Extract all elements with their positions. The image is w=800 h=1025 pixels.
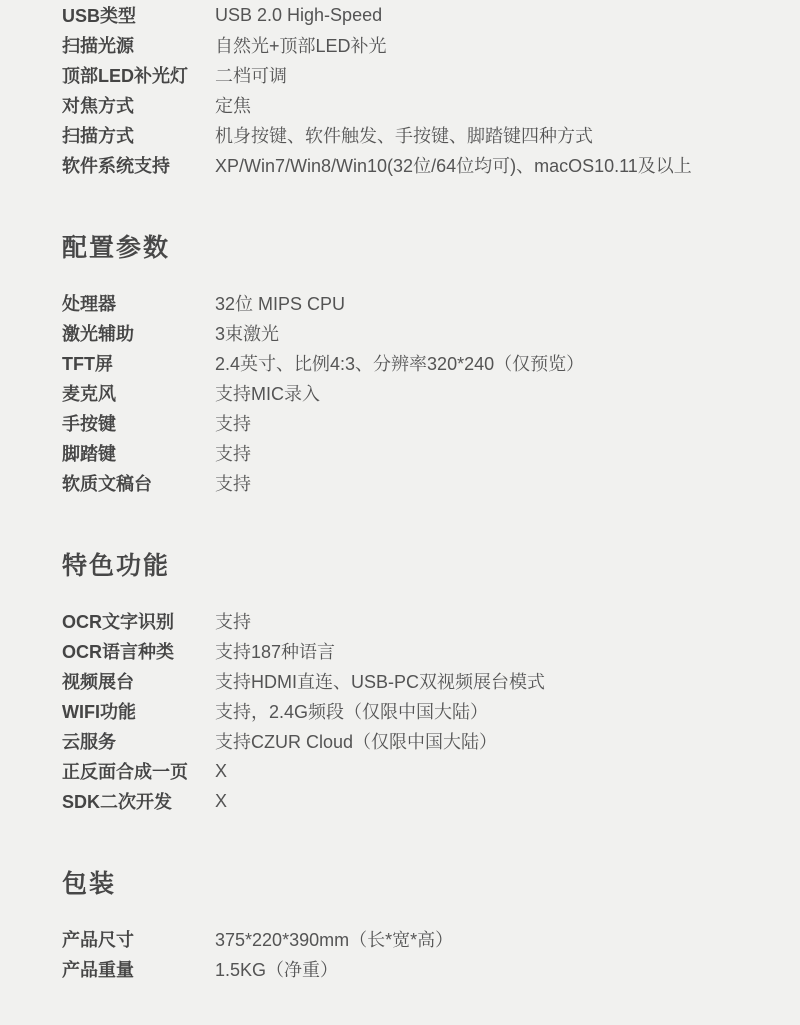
- spec-label: 脚踏键: [62, 440, 215, 466]
- product-spec-page: USB类型 USB 2.0 High-Speed 扫描光源 自然光+顶部LED补…: [0, 0, 800, 984]
- spec-section-basic: USB类型 USB 2.0 High-Speed 扫描光源 自然光+顶部LED补…: [62, 0, 770, 180]
- spec-value: 支持MIC录入: [215, 380, 320, 406]
- spec-label: OCR文字识别: [62, 608, 215, 634]
- spec-value: 机身按键、软件触发、手按键、脚踏键四种方式: [215, 122, 593, 148]
- spec-section-packaging: 包装 产品尺寸 375*220*390mm（长*宽*高） 产品重量 1.5KG（…: [62, 866, 770, 984]
- spec-label: 手按键: [62, 410, 215, 436]
- spec-value: 3束激光: [215, 320, 279, 346]
- spec-label: 正反面合成一页: [62, 758, 215, 784]
- spec-section-features: 特色功能 OCR文字识别 支持 OCR语言种类 支持187种语言 视频展台 支持…: [62, 548, 770, 816]
- spec-label: 扫描方式: [62, 122, 215, 148]
- table-row: 对焦方式 定焦: [62, 90, 770, 120]
- table-row: 脚踏键 支持: [62, 438, 770, 468]
- section-heading: 配置参数: [62, 230, 770, 266]
- spec-rows: USB类型 USB 2.0 High-Speed 扫描光源 自然光+顶部LED补…: [62, 0, 770, 180]
- spec-label: 视频展台: [62, 668, 215, 694]
- spec-label: 软件系统支持: [62, 152, 215, 178]
- spec-label: 产品尺寸: [62, 926, 215, 952]
- spec-value: 支持: [215, 608, 251, 634]
- spec-value: 支持187种语言: [215, 638, 335, 664]
- section-heading: 特色功能: [62, 548, 770, 584]
- table-row: TFT屏 2.4英寸、比例4:3、分辨率320*240（仅预览）: [62, 348, 770, 378]
- spec-label: 云服务: [62, 728, 215, 754]
- spec-label: 激光辅助: [62, 320, 215, 346]
- table-row: 激光辅助 3束激光: [62, 318, 770, 348]
- spec-value: 支持: [215, 410, 251, 436]
- spec-label: 麦克风: [62, 380, 215, 406]
- table-row: SDK二次开发 X: [62, 786, 770, 816]
- spec-label: 软质文稿台: [62, 470, 215, 496]
- spec-value: 二档可调: [215, 62, 287, 88]
- section-heading: 包装: [62, 866, 770, 902]
- spec-rows: OCR文字识别 支持 OCR语言种类 支持187种语言 视频展台 支持HDMI直…: [62, 606, 770, 816]
- table-row: 云服务 支持CZUR Cloud（仅限中国大陆）: [62, 726, 770, 756]
- spec-label: TFT屏: [62, 350, 215, 376]
- table-row: 软件系统支持 XP/Win7/Win8/Win10(32位/64位均可)、mac…: [62, 150, 770, 180]
- spec-label: 对焦方式: [62, 92, 215, 118]
- spec-rows: 产品尺寸 375*220*390mm（长*宽*高） 产品重量 1.5KG（净重）: [62, 924, 770, 984]
- spec-value: X: [215, 791, 227, 812]
- table-row: 扫描光源 自然光+顶部LED补光: [62, 30, 770, 60]
- table-row: WIFI功能 支持，2.4G频段（仅限中国大陆）: [62, 696, 770, 726]
- table-row: 软质文稿台 支持: [62, 468, 770, 498]
- spec-value: 32位 MIPS CPU: [215, 290, 345, 316]
- spec-label: WIFI功能: [62, 698, 215, 724]
- spec-value: 支持HDMI直连、USB-PC双视频展台模式: [215, 668, 545, 694]
- spec-rows: 处理器 32位 MIPS CPU 激光辅助 3束激光 TFT屏 2.4英寸、比例…: [62, 288, 770, 498]
- spec-value: 1.5KG（净重）: [215, 956, 338, 982]
- table-row: 处理器 32位 MIPS CPU: [62, 288, 770, 318]
- spec-value: 支持CZUR Cloud（仅限中国大陆）: [215, 728, 497, 754]
- spec-value: X: [215, 761, 227, 782]
- table-row: 产品尺寸 375*220*390mm（长*宽*高）: [62, 924, 770, 954]
- spec-label: USB类型: [62, 2, 215, 28]
- spec-value: 支持: [215, 470, 251, 496]
- spec-label: 扫描光源: [62, 32, 215, 58]
- table-row: 正反面合成一页 X: [62, 756, 770, 786]
- table-row: 手按键 支持: [62, 408, 770, 438]
- spec-value: USB 2.0 High-Speed: [215, 5, 382, 26]
- spec-label: 处理器: [62, 290, 215, 316]
- table-row: 视频展台 支持HDMI直连、USB-PC双视频展台模式: [62, 666, 770, 696]
- spec-value: 支持: [215, 440, 251, 466]
- spec-value: 自然光+顶部LED补光: [215, 32, 387, 58]
- spec-section-configuration: 配置参数 处理器 32位 MIPS CPU 激光辅助 3束激光 TFT屏 2.4…: [62, 230, 770, 498]
- spec-label: 顶部LED补光灯: [62, 62, 215, 88]
- spec-label: SDK二次开发: [62, 788, 215, 814]
- spec-value: 2.4英寸、比例4:3、分辨率320*240（仅预览）: [215, 350, 584, 376]
- spec-label: 产品重量: [62, 956, 215, 982]
- spec-value: 375*220*390mm（长*宽*高）: [215, 926, 453, 952]
- spec-value: 支持，2.4G频段（仅限中国大陆）: [215, 698, 488, 724]
- table-row: USB类型 USB 2.0 High-Speed: [62, 0, 770, 30]
- table-row: OCR文字识别 支持: [62, 606, 770, 636]
- table-row: 顶部LED补光灯 二档可调: [62, 60, 770, 90]
- table-row: OCR语言种类 支持187种语言: [62, 636, 770, 666]
- spec-value: XP/Win7/Win8/Win10(32位/64位均可)、macOS10.11…: [215, 152, 692, 178]
- table-row: 麦克风 支持MIC录入: [62, 378, 770, 408]
- spec-label: OCR语言种类: [62, 638, 215, 664]
- table-row: 产品重量 1.5KG（净重）: [62, 954, 770, 984]
- table-row: 扫描方式 机身按键、软件触发、手按键、脚踏键四种方式: [62, 120, 770, 150]
- spec-value: 定焦: [215, 92, 251, 118]
